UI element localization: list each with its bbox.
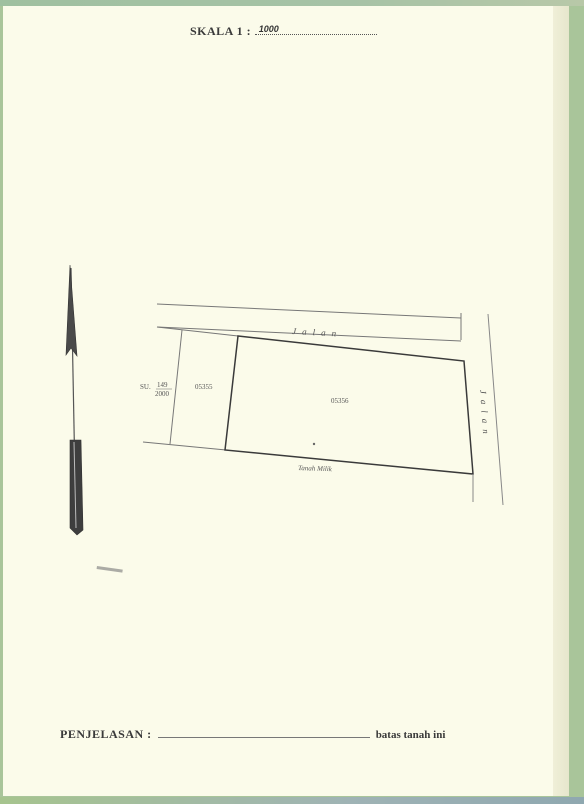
parcel-05355-label: 05355 bbox=[195, 383, 213, 391]
point-mark bbox=[313, 443, 315, 445]
parcel-map: 05355 05356 SU. 149 2000 Jalan Jalan Tan… bbox=[0, 0, 584, 804]
footer-label: PENJELASAN : bbox=[60, 727, 152, 742]
boundary-line bbox=[170, 330, 182, 444]
survey-prefix: SU. bbox=[140, 383, 151, 391]
boundary-line bbox=[143, 442, 226, 450]
survey-number: 149 bbox=[157, 381, 168, 389]
ink-smudge bbox=[97, 566, 123, 573]
parcel-05356-outline bbox=[225, 336, 473, 474]
parcel-05356-label: 05356 bbox=[331, 397, 349, 405]
boundary-bottom-label: Tanah Milik bbox=[298, 464, 333, 473]
survey-year: 2000 bbox=[155, 390, 170, 398]
boundary-line bbox=[157, 327, 238, 336]
north-arrow-icon bbox=[66, 265, 83, 535]
legend-line-sample bbox=[158, 727, 370, 738]
footer-tail: batas tanah ini bbox=[376, 729, 446, 741]
road-right-label: Jalan bbox=[478, 389, 491, 440]
road-top-label: Jalan bbox=[292, 326, 342, 339]
footer-legend: PENJELASAN : batas tanah ini bbox=[60, 727, 445, 742]
